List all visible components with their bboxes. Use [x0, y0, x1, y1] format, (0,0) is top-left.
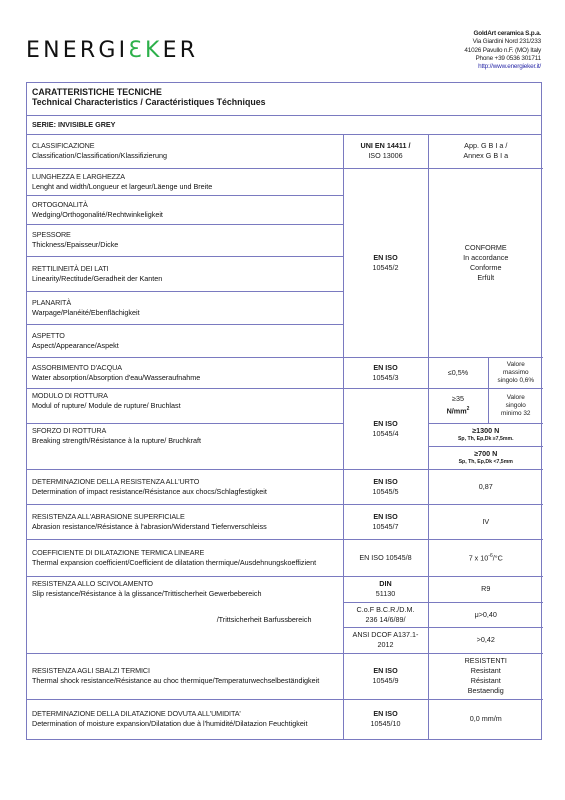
note-line3: singolo 0,6%: [494, 377, 539, 385]
row-value: 0,0 mm/m: [428, 699, 543, 739]
norm-line1: DIN: [349, 579, 423, 589]
row-note: Valoresingolominimo 32: [488, 388, 543, 423]
norm-line1: EN ISO: [349, 666, 423, 676]
label-it: ORTOGONALITÀ: [32, 200, 338, 210]
value-unit: /°C: [493, 554, 503, 563]
norm-line1: EN ISO: [349, 477, 423, 487]
norm-line1: EN ISO: [349, 512, 423, 522]
note-line2: massimo: [494, 369, 539, 377]
label-en: Wedging/Orthogonalité/Rechtwinkeligkeit: [32, 210, 338, 220]
row-label: SPESSOREThickness/Epaisseur/Dicke: [27, 224, 343, 256]
value-line1: RESISTENTI: [434, 656, 539, 666]
label-it: MODULO DI ROTTURA: [32, 391, 338, 401]
norm-line2: 10545/4: [349, 429, 423, 439]
label-en: Thermal shock resistance/Résistance au c…: [32, 676, 338, 686]
row-label: SFORZO DI ROTTURABreaking strength/Résis…: [27, 423, 343, 469]
norm-line2: 10545/2: [349, 263, 423, 273]
row-label: RESISTENZA ALL'ABRASIONE SUPERFICIALEAbr…: [27, 504, 343, 539]
row-value: 7 x 10-6/°C: [428, 539, 543, 576]
row-norm: EN ISO10545/10: [343, 699, 428, 739]
company-address-line1: Via Giardini Nord 231/233: [464, 38, 541, 46]
row-label: CLASSIFICAZIONEClassification/Classifica…: [27, 135, 343, 168]
value-line1: CONFORME: [434, 243, 539, 253]
table-row-abrasione: RESISTENZA ALL'ABRASIONE SUPERFICIALEAbr…: [27, 504, 543, 539]
title-multilingual: Technical Characteristics / Caractéristi…: [32, 97, 536, 107]
value-line2: Resistant: [434, 666, 539, 676]
row-label: RETTILINEITÀ DEI LATILinearity/Rectitude…: [27, 256, 343, 291]
row-norm: ANSI DCOF A137.1-2012: [343, 627, 428, 653]
company-name: GoldArt ceramica S.p.a.: [464, 30, 541, 38]
table-row-lunghezza: LUNGHEZZA E LARGHEZZALenght and width/Lo…: [27, 168, 543, 195]
norm-line2: 10545/10: [349, 719, 423, 729]
norm-line2: ISO 13006: [349, 151, 423, 161]
company-phone: Phone +39 0536 301711: [464, 55, 541, 63]
note-line1: Valore: [494, 361, 539, 369]
row-norm: EN ISO10545/3: [343, 357, 428, 388]
norm-line1: C.o.F B.C.R./D.M.: [349, 605, 423, 615]
row-label: LUNGHEZZA E LARGHEZZALenght and width/Lo…: [27, 168, 343, 195]
norm-line1: UNI EN 14411 /: [349, 141, 423, 151]
norm-line2: 10545/5: [349, 487, 423, 497]
company-address-line2: 41026 Pavullo n.F. (MO) Italy: [464, 47, 541, 55]
table-row-assorbimento: ASSORBIMENTO D'ACQUAWater absorption/Abs…: [27, 357, 543, 388]
row-norm: EN ISO10545/2: [343, 168, 428, 357]
norm-line2: 10545/3: [349, 373, 423, 383]
label-en: Determination of impact resistance/Résis…: [32, 487, 338, 497]
label-en: Aspect/Appearance/Aspekt: [32, 341, 338, 351]
row-value: RESISTENTIResistantRésistantBestaendig: [428, 653, 543, 699]
row-norm: C.o.F B.C.R./D.M.236 14/6/89/: [343, 602, 428, 627]
label-en: Classification/Classification/Klassifizi…: [32, 151, 338, 161]
table-row-urto: DETERMINAZIONE DELLA RESISTENZA ALL'URTO…: [27, 469, 543, 504]
row-label: RESISTENZA AGLI SBALZI TERMICIThermal sh…: [27, 653, 343, 699]
row-label: ASSORBIMENTO D'ACQUAWater absorption/Abs…: [27, 357, 343, 388]
note-line1: Valore: [494, 394, 539, 402]
label-en: Lenght and width/Longueur et largeur/Läe…: [32, 182, 338, 192]
norm-line2: 2012: [349, 640, 423, 650]
value-base: 7 x 10: [469, 554, 489, 563]
norm-line2: 51130: [349, 589, 423, 599]
row-norm: EN ISO 10545/8: [343, 539, 428, 576]
sheet-title: CARATTERISTICHE TECNICHE Technical Chara…: [27, 83, 541, 116]
row-value-thick: ≥1300 NSp, Th, Ep,Dk ≥7,5mm.: [428, 423, 543, 446]
label-it: RESISTENZA AGLI SBALZI TERMICI: [32, 666, 338, 676]
row-norm: UNI EN 14411 /ISO 13006: [343, 135, 428, 168]
label-en: Linearity/Rectitude/Geradheit der Kanten: [32, 274, 338, 284]
norm-line1: EN ISO: [349, 709, 423, 719]
row-value: R9: [428, 576, 543, 602]
norm-line1: ANSI DCOF A137.1-: [349, 630, 423, 640]
value-line4: Bestaendig: [434, 686, 539, 696]
value-line3: Conforme: [434, 263, 539, 273]
value-line1: ≥35: [434, 394, 483, 404]
row-note: Valoremassimosingolo 0,6%: [488, 357, 543, 388]
row-label: ORTOGONALITÀWedging/Orthogonalité/Rechtw…: [27, 195, 343, 224]
table-row-umidita: DETERMINAZIONE DELLA DILATAZIONE DOVUTA …: [27, 699, 543, 739]
value-condition: Sp, Th, Ep,Dk <7,5mm: [431, 459, 542, 466]
row-label: DETERMINAZIONE DELLA DILATAZIONE DOVUTA …: [27, 699, 343, 739]
row-value: App. G B I a /Annex G B I a: [428, 135, 543, 168]
value-unit: N/mm: [447, 407, 467, 416]
value-line1: ≥1300 N: [431, 426, 542, 436]
row-label: ASPETTOAspect/Appearance/Aspekt: [27, 324, 343, 357]
value-line1: App. G B I a /: [434, 141, 539, 151]
label-it: RESISTENZA ALLO SCIVOLAMENTO: [32, 579, 338, 589]
row-value: ≥35N/mm2: [428, 388, 488, 423]
label-it: DETERMINAZIONE DELLA DILATAZIONE DOVUTA …: [32, 709, 338, 719]
row-label: PLANARITÀWarpage/Planéité/Ebenflächigkei…: [27, 291, 343, 324]
label-en: Determination of moisture expansion/Dila…: [32, 719, 338, 729]
norm-line1: EN ISO: [349, 253, 423, 263]
logo-text-prefix: ENERGI: [26, 38, 128, 63]
table-row-dilatazione: COEFFICIENTE DI DILATAZIONE TERMICA LINE…: [27, 539, 543, 576]
value-unit-exponent: 2: [467, 406, 470, 412]
row-norm: DIN51130: [343, 576, 428, 602]
label-it: PLANARITÀ: [32, 298, 338, 308]
label-it: SFORZO DI ROTTURA: [32, 426, 338, 436]
label-it: SPESSORE: [32, 230, 338, 240]
label-it: LUNGHEZZA E LARGHEZZA: [32, 172, 338, 182]
row-value: ≤0,5%: [428, 357, 488, 388]
label-en: Warpage/Planéité/Ebenflächigkeit: [32, 308, 338, 318]
technical-sheet: CARATTERISTICHE TECNICHE Technical Chara…: [26, 82, 542, 740]
logo-text-accent: ƐK: [128, 38, 162, 63]
label-en: Breaking strength/Résistance à la ruptur…: [32, 436, 338, 446]
label-en: Water absorption/Absorption d'eau/Wasser…: [32, 373, 338, 383]
table-row-sforzo: SFORZO DI ROTTURABreaking strength/Résis…: [27, 423, 543, 446]
row-label: COEFFICIENTE DI DILATAZIONE TERMICA LINE…: [27, 539, 343, 576]
label-en: Abrasion resistance/Résistance à l'abras…: [32, 522, 338, 532]
value-line3: Résistant: [434, 676, 539, 686]
row-value: μ>0,40: [428, 602, 543, 627]
table-row-scivolamento-din: RESISTENZA ALLO SCIVOLAMENTOSlip resista…: [27, 576, 543, 602]
row-value: CONFORMEIn accordanceConformeErfült: [428, 168, 543, 357]
label-en-barefoot: /Trittsicherheit Barfussbereich: [32, 615, 338, 625]
logo-text-suffix: ER: [163, 38, 199, 63]
brand-logo: ENERGIƐKER: [26, 38, 198, 63]
table-row-modulo: MODULO DI ROTTURAModul of rupture/ Modul…: [27, 388, 543, 423]
label-it: ASSORBIMENTO D'ACQUA: [32, 363, 338, 373]
value-line4: Erfült: [434, 273, 539, 283]
title-italian: CARATTERISTICHE TECNICHE: [32, 87, 536, 97]
row-norm: EN ISO10545/5: [343, 469, 428, 504]
row-value-thin: ≥700 NSp, Th, Ep,Dk <7,5mm: [428, 446, 543, 469]
label-en: Modul of rupture/ Module de rupture/ Bru…: [32, 401, 338, 411]
row-norm: EN ISO10545/9: [343, 653, 428, 699]
label-it: ASPETTO: [32, 331, 338, 341]
label-en: Thickness/Epaisseur/Dicke: [32, 240, 338, 250]
row-value: IV: [428, 504, 543, 539]
label-it: RESISTENZA ALL'ABRASIONE SUPERFICIALE: [32, 512, 338, 522]
norm-line1: EN ISO: [349, 419, 423, 429]
row-norm: EN ISO10545/4: [343, 388, 428, 469]
note-line2: singolo: [494, 402, 539, 410]
value-line2: In accordance: [434, 253, 539, 263]
table-row-sbalzi: RESISTENZA AGLI SBALZI TERMICIThermal sh…: [27, 653, 543, 699]
characteristics-table: CLASSIFICAZIONEClassification/Classifica…: [27, 135, 543, 739]
row-label: MODULO DI ROTTURAModul of rupture/ Modul…: [27, 388, 343, 423]
value-line2: Annex G B I a: [434, 151, 539, 161]
company-info: GoldArt ceramica S.p.a. Via Giardini Nor…: [464, 30, 541, 71]
note-line3: minimo 32: [494, 410, 539, 418]
norm-line2: 236 14/6/89/: [349, 615, 423, 625]
table-row-classificazione: CLASSIFICAZIONEClassification/Classifica…: [27, 135, 543, 168]
norm-line1: EN ISO: [349, 363, 423, 373]
row-value: >0,42: [428, 627, 543, 653]
serie-label: SERIE: INVISIBLE GREY: [27, 116, 541, 135]
row-label: DETERMINAZIONE DELLA RESISTENZA ALL'URTO…: [27, 469, 343, 504]
value-line1: ≥700 N: [431, 449, 542, 459]
norm-line2: 10545/7: [349, 522, 423, 532]
row-label: RESISTENZA ALLO SCIVOLAMENTOSlip resista…: [27, 576, 343, 653]
label-it: CLASSIFICAZIONE: [32, 141, 338, 151]
label-en: Thermal expansion coefficient/Coefficien…: [32, 558, 338, 568]
row-value: 0,87: [428, 469, 543, 504]
company-website-link[interactable]: http://www.energieker.it/: [464, 63, 541, 71]
norm-line2: 10545/9: [349, 676, 423, 686]
label-it: DETERMINAZIONE DELLA RESISTENZA ALL'URTO: [32, 477, 338, 487]
label-it: RETTILINEITÀ DEI LATI: [32, 264, 338, 274]
row-norm: EN ISO10545/7: [343, 504, 428, 539]
value-condition: Sp, Th, Ep,Dk ≥7,5mm.: [431, 436, 542, 443]
label-it: COEFFICIENTE DI DILATAZIONE TERMICA LINE…: [32, 548, 338, 558]
label-en: Slip resistance/Résistance à la glissanc…: [32, 589, 338, 599]
